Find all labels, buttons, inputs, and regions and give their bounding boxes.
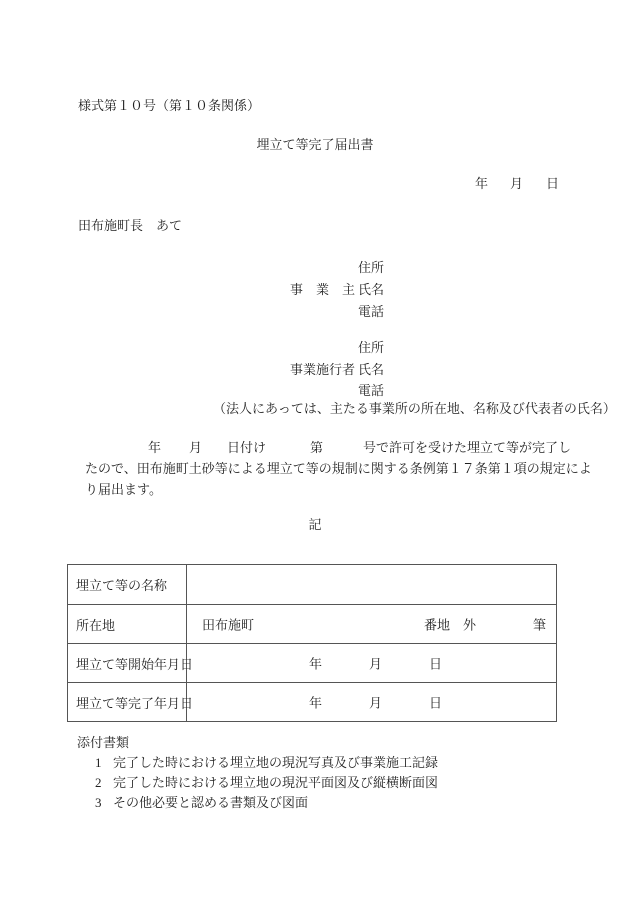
start-date-label: 埋立て等開始年月日 <box>68 644 187 682</box>
operator-address-label: 住所 <box>358 340 384 356</box>
attachment-2-number: 2 <box>95 775 102 791</box>
owner-phone-label: 電話 <box>358 304 384 320</box>
owner-name-label: 氏名 <box>358 282 384 298</box>
attachment-item: 1 完了した時における埋立地の現況写真及び事業施工記録 <box>0 755 630 771</box>
form-number: 様式第１０号（第１０条関係） <box>78 98 260 114</box>
header-date-day-label: 日 <box>546 176 559 192</box>
owner-phone-line: 電話 <box>0 304 630 320</box>
operator-name-label: 氏名 <box>358 362 384 378</box>
start-year-label: 年 <box>309 654 322 673</box>
paragraph-line-3: り届出ます。 <box>85 482 162 498</box>
paragraph-line-1: 年 月 日付け 第 号で許可を受けた埋立て等が完了し <box>0 440 630 456</box>
table-row-location: 所在地 田布施町 番地 外 筆 <box>68 604 556 643</box>
operator-role-label: 事業施行者 <box>290 362 355 378</box>
completion-month-label: 月 <box>369 693 382 712</box>
attachment-3-number: 3 <box>95 795 102 811</box>
permit-month-label: 月 <box>189 440 202 456</box>
start-month-label: 月 <box>369 654 382 673</box>
owner-name-line: 事 業 主 氏名 <box>0 282 630 298</box>
operator-name-line: 事業施行者 氏名 <box>0 362 630 378</box>
attachment-1-number: 1 <box>95 755 102 771</box>
table-row-landfill-name: 埋立て等の名称 <box>68 565 556 604</box>
document-page: { "doc": { "form_number": "様式第１０号（第１０条関係… <box>0 0 630 903</box>
header-date-line: 年 月 日 <box>0 176 630 192</box>
paragraph-line-2: たので、田布施町土砂等による埋立て等の規制に関する条例第１７条第１項の規定によ <box>85 461 592 477</box>
record-marker: 記 <box>0 517 630 533</box>
paragraph-line-1-rest: 号で許可を受けた埋立て等が完了し <box>363 440 571 456</box>
attachment-item: 3 その他必要と認める書類及び図面 <box>0 795 630 811</box>
location-banchi-label: 番地 外 <box>424 615 476 634</box>
completion-year-label: 年 <box>309 693 322 712</box>
location-label: 所在地 <box>68 605 187 643</box>
attachment-2-text: 完了した時における埋立地の現況平面図及び縦横断面図 <box>113 775 438 791</box>
owner-address-line: 住所 <box>0 260 630 276</box>
location-hitsu-label: 筆 <box>533 615 546 634</box>
operator-phone-line: 電話 <box>0 383 630 399</box>
completion-date-label: 埋立て等完了年月日 <box>68 683 187 721</box>
operator-phone-label: 電話 <box>358 383 384 399</box>
location-town-text: 田布施町 <box>202 615 254 634</box>
completion-date-field: 年 月 日 <box>187 683 556 721</box>
owner-address-label: 住所 <box>358 260 384 276</box>
operator-address-line: 住所 <box>0 340 630 356</box>
permit-no-prefix: 第 <box>310 440 323 456</box>
landfill-name-label: 埋立て等の名称 <box>68 565 187 604</box>
start-date-field: 年 月 日 <box>187 644 556 682</box>
completion-day-label: 日 <box>429 693 442 712</box>
details-table: 埋立て等の名称 所在地 田布施町 番地 外 筆 埋立て等開始年月日 年 月 日 … <box>67 564 557 722</box>
header-date-month-label: 月 <box>510 176 523 192</box>
addressee: 田布施町長 あて <box>78 218 182 234</box>
table-row-completion-date: 埋立て等完了年月日 年 月 日 <box>68 682 556 721</box>
location-field: 田布施町 番地 外 筆 <box>187 605 556 643</box>
table-row-start-date: 埋立て等開始年月日 年 月 日 <box>68 643 556 682</box>
start-day-label: 日 <box>429 654 442 673</box>
landfill-name-field <box>187 565 556 604</box>
permit-day-label: 日付け <box>227 440 266 456</box>
attachment-3-text: その他必要と認める書類及び図面 <box>113 795 308 811</box>
attachments-heading: 添付書類 <box>77 735 129 751</box>
attachment-item: 2 完了した時における埋立地の現況平面図及び縦横断面図 <box>0 775 630 791</box>
permit-year-label: 年 <box>148 440 161 456</box>
header-date-year-label: 年 <box>475 176 488 192</box>
corporate-note: （法人にあっては、主たる事業所の所在地、名称及び代表者の氏名） <box>213 401 616 417</box>
owner-role-label: 事 業 主 <box>290 282 355 298</box>
attachment-1-text: 完了した時における埋立地の現況写真及び事業施工記録 <box>113 755 438 771</box>
document-title: 埋立て等完了届出書 <box>0 137 630 153</box>
